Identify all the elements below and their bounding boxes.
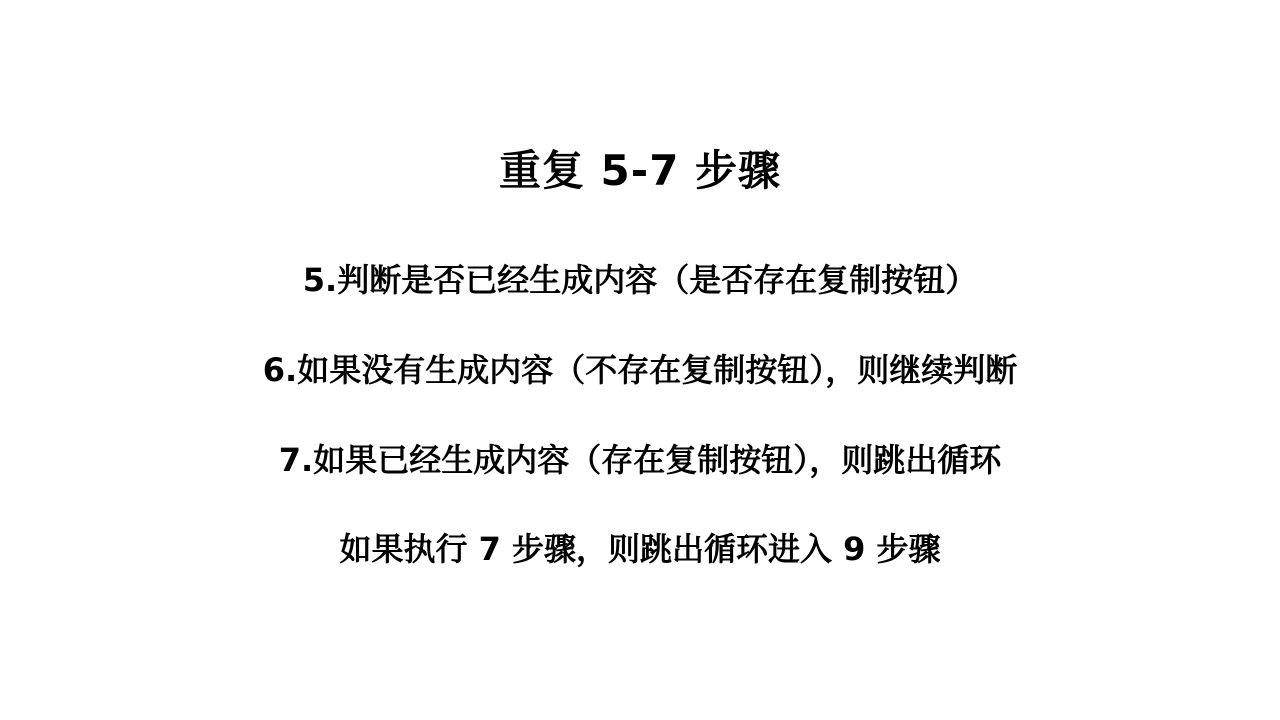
slide: 重复 5-7 步骤 5.判断是否已经生成内容（是否存在复制按钮） 6.如果没有生… — [0, 0, 1280, 720]
step-6-text: 6.如果没有生成内容（不存在复制按钮），则继续判断 — [0, 348, 1280, 392]
step-7-text: 7.如果已经生成内容（存在复制按钮），则跳出循环 — [0, 438, 1280, 482]
summary-text: 如果执行 7 步骤，则跳出循环进入 9 步骤 — [0, 527, 1280, 571]
slide-title: 重复 5-7 步骤 — [0, 144, 1280, 198]
step-5-text: 5.判断是否已经生成内容（是否存在复制按钮） — [0, 258, 1280, 302]
